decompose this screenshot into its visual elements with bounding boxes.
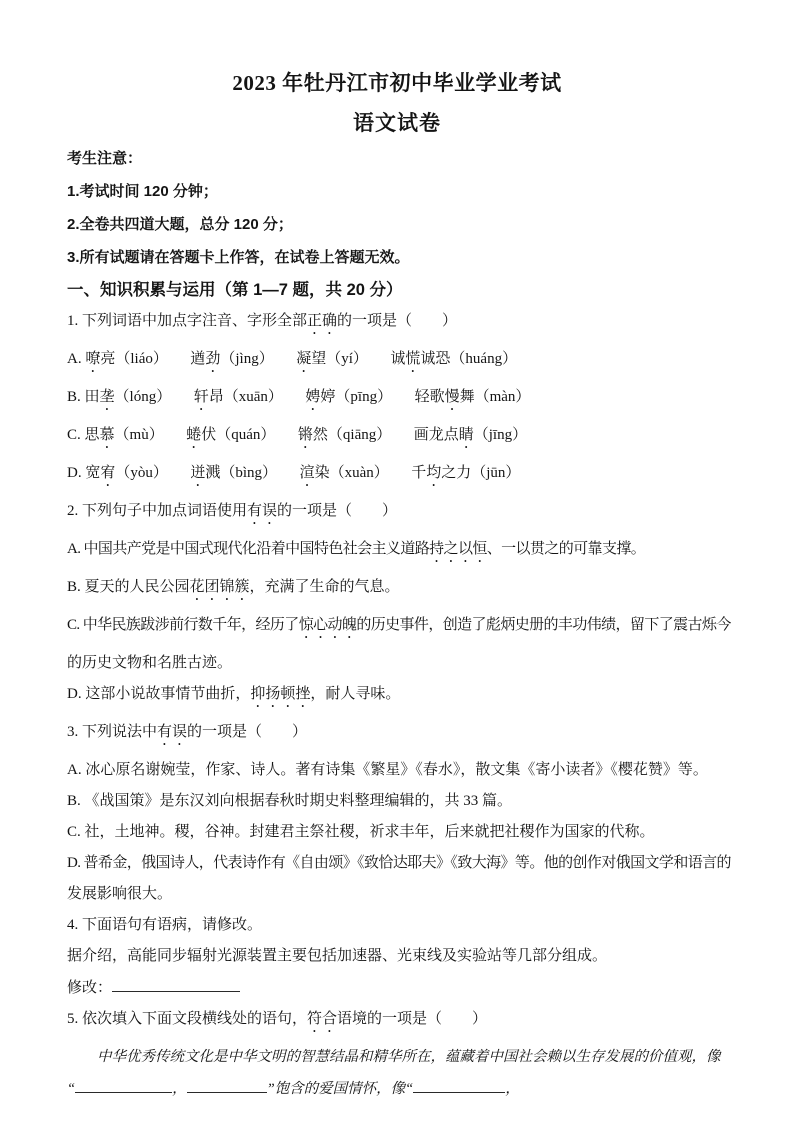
answer-blank [112, 978, 240, 992]
text-segment: D. 普希金，俄国诗人，代表诗作有《自由颂》《致恰达耶夫》《致大海》等。他的创作… [67, 855, 731, 871]
text-segment: （jīng） [474, 427, 527, 443]
question-2-option-c-continued: 的历史文物和名胜古迹。 [67, 654, 727, 673]
text-segment: 语境的一项是（ ） [337, 1011, 487, 1027]
emphasized-text: 慌 [405, 351, 420, 367]
text-segment: 然（qiāng） 画龙点 [313, 427, 459, 443]
emphasized-text: 正确 [307, 313, 337, 329]
emphasized-text: 持之以恒 [429, 541, 487, 557]
text-segment: 发展影响很大。 [67, 886, 172, 902]
question-4-stem: 4. 下面语句有语病，请修改。 [67, 916, 727, 935]
text-segment: 4. 下面语句有语病，请修改。 [67, 917, 262, 933]
emphasized-text: 花团锦簇 [190, 579, 250, 595]
question-1-option-b: B. 田垄（lóng） 轩昂（xuān） 娉婷（pīng） 轻歌慢舞（màn） [67, 388, 727, 414]
emphasized-text: 均 [426, 465, 441, 481]
section-heading: 一、知识积累与运用（第 1—7 题，共 20 分） [67, 281, 727, 300]
question-3-option-a: A. 冰心原名谢婉莹，作家、诗人。著有诗集《繁星》《春水》，散文集《寄小读者》《… [67, 761, 727, 780]
emphasized-text: 宥 [100, 465, 115, 481]
text-segment: “ [67, 1081, 75, 1097]
text-segment: 的历史文物和名胜古迹。 [67, 655, 232, 671]
text-segment: 婷（pīng） 轻歌 [320, 389, 444, 405]
text-segment: 2. 下列句子中加点词语使用 [67, 503, 247, 519]
text-segment: 望（yí） 诚 [311, 351, 405, 367]
emphasized-text: 慕 [100, 427, 115, 443]
emphasized-text: 迸 [190, 465, 205, 481]
emphasized-text: 蜷 [186, 427, 201, 443]
notice-heading: 考生注意： [67, 149, 727, 168]
emphasized-text: 垄 [100, 389, 115, 405]
text-segment: ，充满了生命的气息。 [250, 579, 400, 595]
text-segment: 1. 下列词语中加点字注音、字形全部 [67, 313, 307, 329]
question-4-sentence: 据介绍，高能同步辐射光源装置主要包括加速器、光束线及实验站等几部分组成。 [67, 947, 727, 966]
text-segment: 2.全卷共四道大题，总分 120 分； [67, 216, 293, 233]
text-segment: 的一项是（ ） [187, 724, 307, 740]
emphasized-text: 娉 [305, 389, 320, 405]
text-segment: A. 冰心原名谢婉莹，作家、诗人。著有诗集《繁星》《春水》，散文集《寄小读者》《… [67, 762, 708, 778]
text-segment: 亮（liáo） 遒 [100, 351, 205, 367]
text-segment: （mù） [115, 427, 187, 443]
text-segment: 伏（quán） [201, 427, 298, 443]
emphasized-text: 有误 [247, 503, 277, 519]
emphasized-text: 轩 [194, 389, 209, 405]
emphasized-text: 睛 [459, 427, 474, 443]
question-2-option-c: C. 中华民族跋涉前行数千年，经历了惊心动魄的历史事件，创造了彪炳史册的丰功伟绩… [67, 616, 727, 642]
question-1-option-d: D. 宽宥（yòu） 迸溅（bìng） 渲染（xuàn） 千均之力（jūn） [67, 464, 727, 490]
text-segment: 3. 下列说法中 [67, 724, 157, 740]
text-segment: A. [67, 351, 85, 367]
emphasized-text: 劲 [205, 351, 220, 367]
question-2-option-a: A. 中国共产党是中国式现代化沿着中国特色社会主义道路持之以恒、一以贯之的可靠支… [67, 540, 727, 566]
text-segment: D. 宽 [67, 465, 100, 481]
document-body: 考生注意：1.考试时间 120 分钟；2.全卷共四道大题，总分 120 分；3.… [67, 149, 727, 1099]
text-segment: B. 夏天的人民公园 [67, 579, 190, 595]
text-segment: 染（xuàn） 千 [315, 465, 427, 481]
text-segment: 诚恐（huáng） [420, 351, 517, 367]
question-3-option-d-continued: 发展影响很大。 [67, 885, 727, 904]
text-segment: 1.考试时间 120 分钟； [67, 183, 218, 200]
emphasized-text: 惊心动魄 [299, 617, 357, 633]
text-segment: 中华优秀传统文化是中华文明的智慧结晶和精华所在，蕴藏着中国社会赖以生存发展的价值… [97, 1049, 721, 1065]
text-segment: （lóng） [115, 389, 194, 405]
question-1-option-c: C. 思慕（mù） 蜷伏（quán） 锵然（qiāng） 画龙点睛（jīng） [67, 426, 727, 452]
emphasized-text: 凝 [296, 351, 311, 367]
answer-blank [75, 1079, 172, 1093]
text-segment: 3.所有试题请在答题卡上作答，在试卷上答题无效。 [67, 249, 410, 266]
text-segment: 、一以贯之的可靠支撑。 [487, 541, 645, 557]
question-3-stem: 3. 下列说法中有误的一项是（ ） [67, 723, 727, 749]
question-5-passage: 中华优秀传统文化是中华文明的智慧结晶和精华所在，蕴藏着中国社会赖以生存发展的价值… [67, 1048, 727, 1067]
text-segment: 据介绍，高能同步辐射光源装置主要包括加速器、光束线及实验站等几部分组成。 [67, 948, 607, 964]
emphasized-text: 锵 [298, 427, 313, 443]
subject-title: 语文试卷 [67, 110, 727, 136]
question-3-option-c: C. 社，土地神。稷，谷神。封建君主祭社稷，祈求丰年，后来就把社稷作为国家的代称… [67, 823, 727, 842]
text-segment: 5. 依次填入下面文段横线处的语句， [67, 1011, 307, 1027]
emphasized-text: 抑扬顿挫 [250, 686, 310, 702]
emphasized-text: 符合 [307, 1011, 337, 1027]
text-segment: 考生注意： [67, 150, 142, 167]
question-4-answer-line: 修改： [67, 978, 727, 998]
emphasized-text: 渲 [300, 465, 315, 481]
text-segment: （jìng） [220, 351, 296, 367]
text-segment: 修改： [67, 980, 112, 996]
text-segment: 之力（jūn） [441, 465, 520, 481]
text-segment: （yòu） [115, 465, 190, 481]
text-segment: ”饱含的爱国情怀，像“ [267, 1081, 414, 1097]
exam-title: 2023 年牡丹江市初中毕业学业考试 [67, 70, 727, 96]
question-3-option-b: B. 《战国策》是东汉刘向根据春秋时期史料整理编辑的，共 33 篇。 [67, 792, 727, 811]
question-2-option-b: B. 夏天的人民公园花团锦簇，充满了生命的气息。 [67, 578, 727, 604]
notice-item-1: 1.考试时间 120 分钟； [67, 182, 727, 201]
answer-blank [413, 1079, 505, 1093]
emphasized-text: 慢 [445, 389, 460, 405]
text-segment: C. 思 [67, 427, 100, 443]
question-2-option-d: D. 这部小说故事情节曲折，抑扬顿挫，耐人寻味。 [67, 685, 727, 711]
text-segment: 昂（xuān） [209, 389, 306, 405]
notice-item-3: 3.所有试题请在答题卡上作答，在试卷上答题无效。 [67, 248, 727, 267]
text-segment: ， [505, 1081, 520, 1097]
text-segment: ，耐人寻味。 [310, 686, 400, 702]
text-segment: 溅（bìng） [205, 465, 299, 481]
emphasized-text: 有误 [157, 724, 187, 740]
question-5-passage-blanks: “，”饱含的爱国情怀，像“， [67, 1079, 727, 1099]
notice-item-2: 2.全卷共四道大题，总分 120 分； [67, 215, 727, 234]
text-segment: B. 《战国策》是东汉刘向根据春秋时期史料整理编辑的，共 33 篇。 [67, 793, 512, 809]
text-segment: D. 这部小说故事情节曲折， [67, 686, 250, 702]
question-1-option-a: A. 嘹亮（liáo） 遒劲（jìng） 凝望（yí） 诚慌诚恐（huáng） [67, 350, 727, 376]
emphasized-text: 嘹 [85, 351, 100, 367]
question-1-stem: 1. 下列词语中加点字注音、字形全部正确的一项是（ ） [67, 312, 727, 338]
exam-paper-page: 2023 年牡丹江市初中毕业学业考试 语文试卷 考生注意：1.考试时间 120 … [0, 0, 793, 1099]
answer-blank [187, 1079, 267, 1093]
text-segment: 舞（màn） [460, 389, 531, 405]
text-segment: ， [172, 1081, 187, 1097]
text-segment: B. 田 [67, 389, 100, 405]
text-segment: C. 社，土地神。稷，谷神。封建君主祭社稷，祈求丰年，后来就把社稷作为国家的代称… [67, 824, 655, 840]
text-segment: C. 中华民族跋涉前行数千年，经历了 [67, 617, 299, 633]
question-3-option-d: D. 普希金，俄国诗人，代表诗作有《自由颂》《致恰达耶夫》《致大海》等。他的创作… [67, 854, 727, 873]
text-segment: 的一项是（ ） [277, 503, 397, 519]
text-segment: A. 中国共产党是中国式现代化沿着中国特色社会主义道路 [67, 541, 429, 557]
question-2-stem: 2. 下列句子中加点词语使用有误的一项是（ ） [67, 502, 727, 528]
text-segment: 的历史事件，创造了彪炳史册的丰功伟绩，留下了震古烁今 [356, 617, 730, 633]
question-5-stem: 5. 依次填入下面文段横线处的语句，符合语境的一项是（ ） [67, 1010, 727, 1036]
text-segment: 一、知识积累与运用（第 1—7 题，共 20 分） [67, 281, 403, 299]
text-segment: 的一项是（ ） [337, 313, 457, 329]
